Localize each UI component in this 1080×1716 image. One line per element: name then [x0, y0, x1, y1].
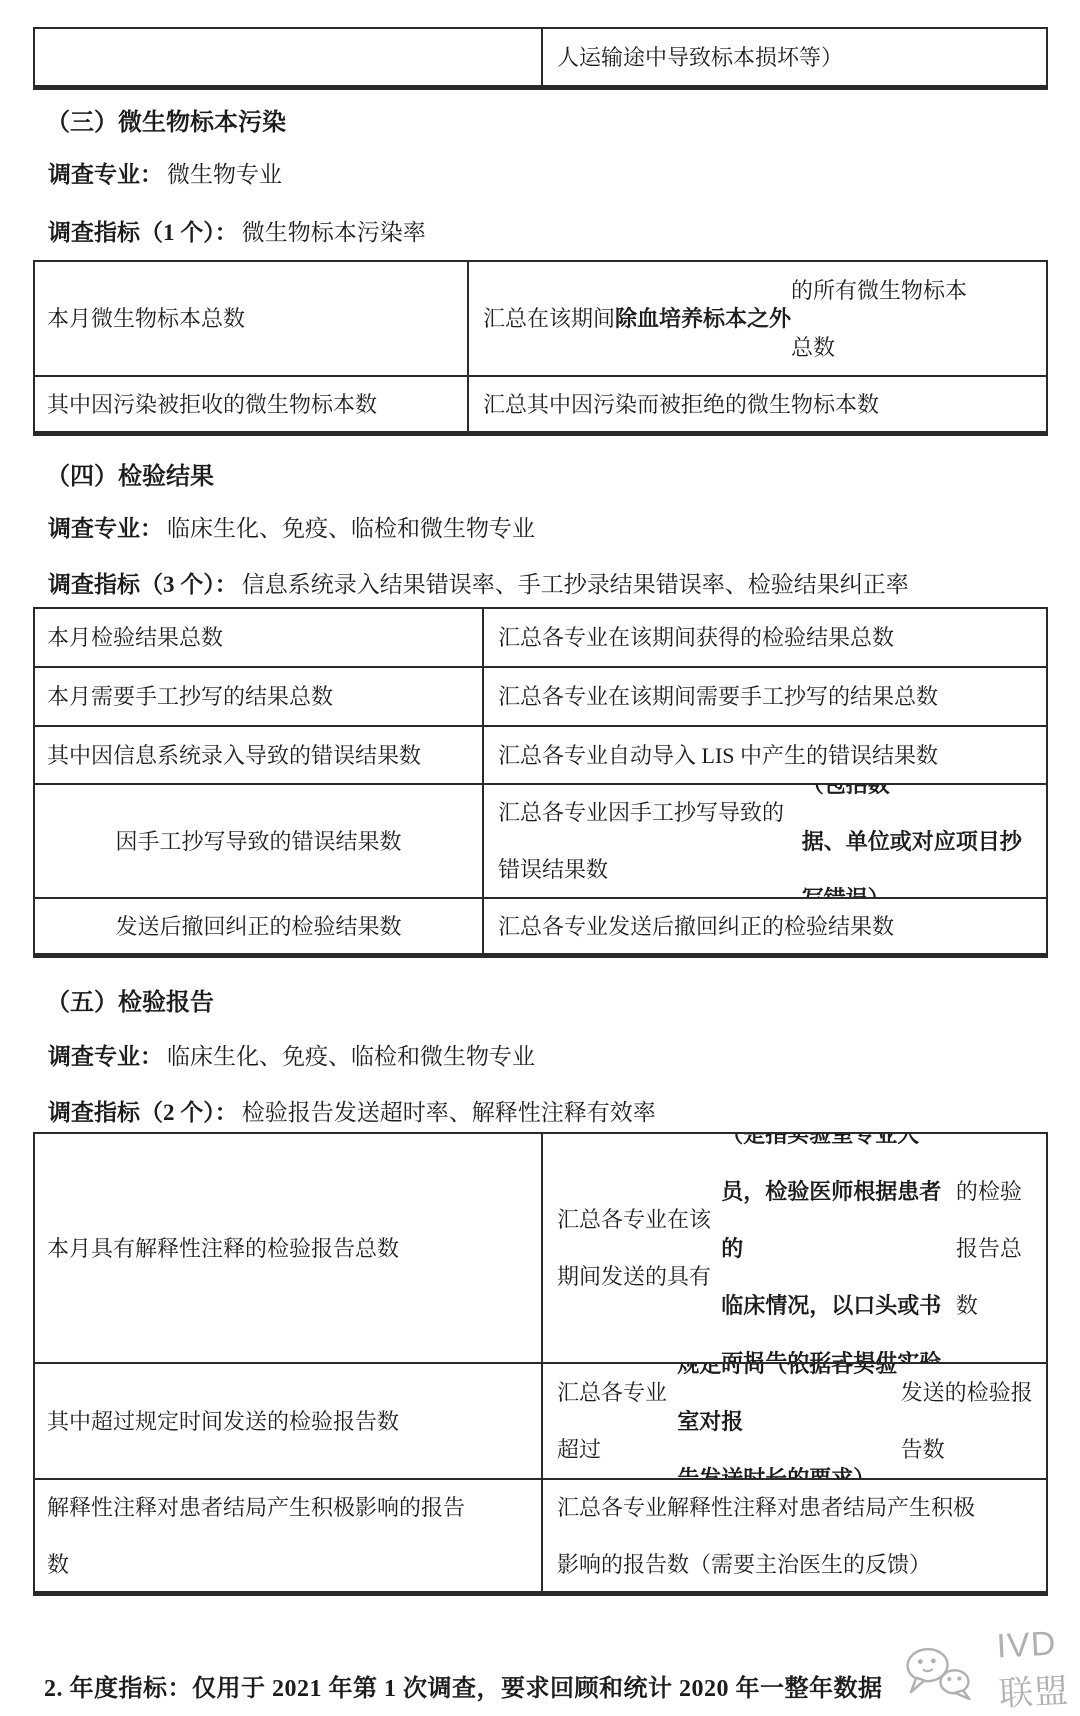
indicator-name-cell: 本月需要手工抄写的结果总数 [35, 668, 484, 725]
wechat-chat-bubbles-icon [896, 1636, 992, 1713]
cell-text: 因手工抄写导致的错误结果数 [115, 813, 401, 870]
indicator-name-cell: 其中因污染被拒收的微生物标本数 [35, 377, 469, 431]
cell-text-bold: 除血培养标本之外 [615, 290, 791, 347]
survey-indicator-value: 微生物标本污染率 [242, 220, 426, 245]
indicator-name-cell: 本月检验结果总数 [35, 609, 484, 666]
survey-major-value: 临床生化、免疫、临检和微生物专业 [167, 516, 535, 541]
indicator-desc-cell: 汇总各专业在该期间需要手工抄写的结果总数 [484, 668, 1046, 725]
cell-text: 本月微生物标本总数 [47, 290, 245, 347]
cell-text: 本月检验结果总数 [47, 609, 223, 666]
survey-major-line: 调查专业：微生物专业 [48, 156, 282, 189]
survey-indicator-label: 调查指标（3 个）： [48, 572, 238, 597]
continuation-table: 人运输途中导致标本损坏等） [33, 27, 1048, 90]
survey-indicator-value: 检验报告发送超时率、解释性注释有效率 [242, 1100, 656, 1125]
survey-major-value: 临床生化、免疫、临检和微生物专业 [167, 1044, 535, 1069]
survey-major-label: 调查专业： [48, 516, 163, 541]
cell-text: 的所有微生物标本 总数 [791, 262, 967, 375]
annual-indicator-note: 2. 年度指标：仅用于 2021 年第 1 次调查，要求回顾和统计 2020 年… [44, 1668, 883, 1703]
survey-indicator-line: 调查指标（3 个）：信息系统录入结果错误率、手工抄录结果错误率、检验结果纠正率 [48, 566, 909, 599]
indicator-name-cell: 本月微生物标本总数 [35, 262, 469, 375]
indicator-desc-cell: 汇总各专业在该期间发送的具有解释性注释 （是指实验室专业人员，检验医师根据患者的… [543, 1134, 1046, 1362]
indicator-desc-cell: 汇总其中因污染而被拒绝的微生物标本数 [469, 377, 1046, 431]
cell-text: 汇总各专业发送后撤回纠正的检验结果数 [498, 899, 894, 953]
cell-text: 汇总各专业在该期间需要手工抄写的结果总数 [498, 668, 938, 725]
cell-text-bold: 规定时间（依据各实验室对报 告发送时长的要求） [677, 1364, 900, 1478]
test-reports-table: 本月具有解释性注释的检验报告总数汇总各专业在该期间发送的具有解释性注释 （是指实… [33, 1132, 1048, 1596]
indicator-desc-cell: 汇总各专业因手工抄写导致的错误结果数（包括数 据、单位或对应项目抄写错误） [484, 785, 1046, 897]
indicator-desc-cell: 汇总在该期间除血培养标本之外的所有微生物标本 总数 [469, 262, 1046, 375]
cell-text: 发送的检验报告数 [901, 1364, 1038, 1478]
indicator-desc-cell: 汇总各专业自动导入 LIS 中产生的错误结果数 [484, 727, 1046, 783]
cell-text: 汇总各专业自动导入 LIS 中产生的错误结果数 [498, 727, 938, 783]
cell-text: 汇总各专业因手工抄写导致的错误结果数 [498, 785, 802, 897]
section-heading-3: （三）微生物标本污染 [46, 102, 286, 137]
indicator-desc-cell: 人运输途中导致标本损坏等） [543, 29, 1046, 85]
indicator-desc-cell: 汇总各专业超过规定时间（依据各实验室对报 告发送时长的要求）发送的检验报告数 [543, 1364, 1046, 1478]
table-row: 本月微生物标本总数汇总在该期间除血培养标本之外的所有微生物标本 总数 [35, 262, 1046, 375]
table-row: 因手工抄写导致的错误结果数汇总各专业因手工抄写导致的错误结果数（包括数 据、单位… [35, 783, 1046, 897]
survey-major-label: 调查专业： [48, 1044, 163, 1069]
survey-major-line: 调查专业：临床生化、免疫、临检和微生物专业 [48, 1038, 535, 1071]
cell-text: 汇总各专业在该期间获得的检验结果总数 [498, 609, 894, 666]
cell-text: 其中因信息系统录入导致的错误结果数 [47, 727, 421, 783]
cell-text: 解释性注释对患者结局产生积极影响的报告 数 [47, 1480, 465, 1591]
table-row: 本月具有解释性注释的检验报告总数汇总各专业在该期间发送的具有解释性注释 （是指实… [35, 1134, 1046, 1362]
cell-text: 的检验报告总数 [956, 1163, 1038, 1334]
table-row: 其中超过规定时间发送的检验报告数汇总各专业超过规定时间（依据各实验室对报 告发送… [35, 1362, 1046, 1478]
table-row: 发送后撤回纠正的检验结果数汇总各专业发送后撤回纠正的检验结果数 [35, 897, 1046, 953]
cell-text-bold: （包括数 据、单位或对应项目抄写错误） [802, 785, 1038, 897]
watermark-text: IVD联盟 [996, 1623, 1080, 1715]
cell-text-bold: 解释性注释 （是指实验室专业人员，检验医师根据患者的 临床情况，以口头或书面报告… [721, 1134, 956, 1362]
table-row: 其中因信息系统录入导致的错误结果数汇总各专业自动导入 LIS 中产生的错误结果数 [35, 725, 1046, 783]
table-row: 其中因污染被拒收的微生物标本数汇总其中因污染而被拒绝的微生物标本数 [35, 375, 1046, 431]
table-row: 本月检验结果总数汇总各专业在该期间获得的检验结果总数 [35, 609, 1046, 666]
indicator-desc-cell: 汇总各专业解释性注释对患者结局产生积极 影响的报告数（需要主治医生的反馈） [543, 1480, 1046, 1591]
survey-indicator-value: 信息系统录入结果错误率、手工抄录结果错误率、检验结果纠正率 [242, 572, 909, 597]
survey-major-value: 微生物专业 [167, 162, 282, 187]
cell-text: 汇总在该期间 [483, 290, 615, 347]
indicator-name-cell: 本月具有解释性注释的检验报告总数 [35, 1134, 543, 1362]
section-heading-5: （五）检验报告 [46, 982, 214, 1017]
indicator-name-cell: 其中因信息系统录入导致的错误结果数 [35, 727, 484, 783]
section-heading-4: （四）检验结果 [46, 456, 214, 491]
indicator-name-cell: 其中超过规定时间发送的检验报告数 [35, 1364, 543, 1478]
survey-indicator-line: 调查指标（2 个）：检验报告发送超时率、解释性注释有效率 [48, 1094, 656, 1127]
table-row: 人运输途中导致标本损坏等） [35, 29, 1046, 85]
cell-text: 汇总各专业解释性注释对患者结局产生积极 影响的报告数（需要主治医生的反馈） [557, 1480, 975, 1591]
cell-text: 汇总各专业超过 [557, 1364, 677, 1478]
indicator-name-cell: 发送后撤回纠正的检验结果数 [35, 899, 484, 953]
table-row: 本月需要手工抄写的结果总数汇总各专业在该期间需要手工抄写的结果总数 [35, 666, 1046, 725]
indicator-name-cell [35, 29, 543, 85]
cell-text: 本月需要手工抄写的结果总数 [47, 668, 333, 725]
cell-text: 本月具有解释性注释的检验报告总数 [47, 1220, 399, 1277]
survey-major-label: 调查专业： [48, 162, 163, 187]
cell-text: 汇总其中因污染而被拒绝的微生物标本数 [483, 377, 879, 431]
cell-text: 其中超过规定时间发送的检验报告数 [47, 1393, 399, 1450]
cell-text: 汇总各专业在该期间发送的具有 [557, 1191, 721, 1305]
test-results-table: 本月检验结果总数汇总各专业在该期间获得的检验结果总数 本月需要手工抄写的结果总数… [33, 607, 1048, 958]
indicator-desc-cell: 汇总各专业在该期间获得的检验结果总数 [484, 609, 1046, 666]
cell-text: 其中因污染被拒收的微生物标本数 [47, 377, 377, 431]
cell-text: 发送后撤回纠正的检验结果数 [115, 899, 401, 953]
survey-indicator-label: 调查指标（2 个）： [48, 1100, 238, 1125]
microbiology-contamination-table: 本月微生物标本总数汇总在该期间除血培养标本之外的所有微生物标本 总数 其中因污染… [33, 260, 1048, 436]
indicator-name-cell: 因手工抄写导致的错误结果数 [35, 785, 484, 897]
watermark: IVD联盟 [896, 1623, 1080, 1716]
document-page: 人运输途中导致标本损坏等） （三）微生物标本污染 调查专业：微生物专业 调查指标… [0, 0, 1080, 1716]
table-row: 解释性注释对患者结局产生积极影响的报告 数汇总各专业解释性注释对患者结局产生积极… [35, 1478, 1046, 1591]
survey-major-line: 调查专业：临床生化、免疫、临检和微生物专业 [48, 510, 535, 543]
indicator-desc-cell: 汇总各专业发送后撤回纠正的检验结果数 [484, 899, 1046, 953]
survey-indicator-label: 调查指标（1 个）： [48, 220, 238, 245]
survey-indicator-line: 调查指标（1 个）：微生物标本污染率 [48, 214, 426, 247]
cell-text: 人运输途中导致标本损坏等） [557, 29, 843, 85]
indicator-name-cell: 解释性注释对患者结局产生积极影响的报告 数 [35, 1480, 543, 1591]
